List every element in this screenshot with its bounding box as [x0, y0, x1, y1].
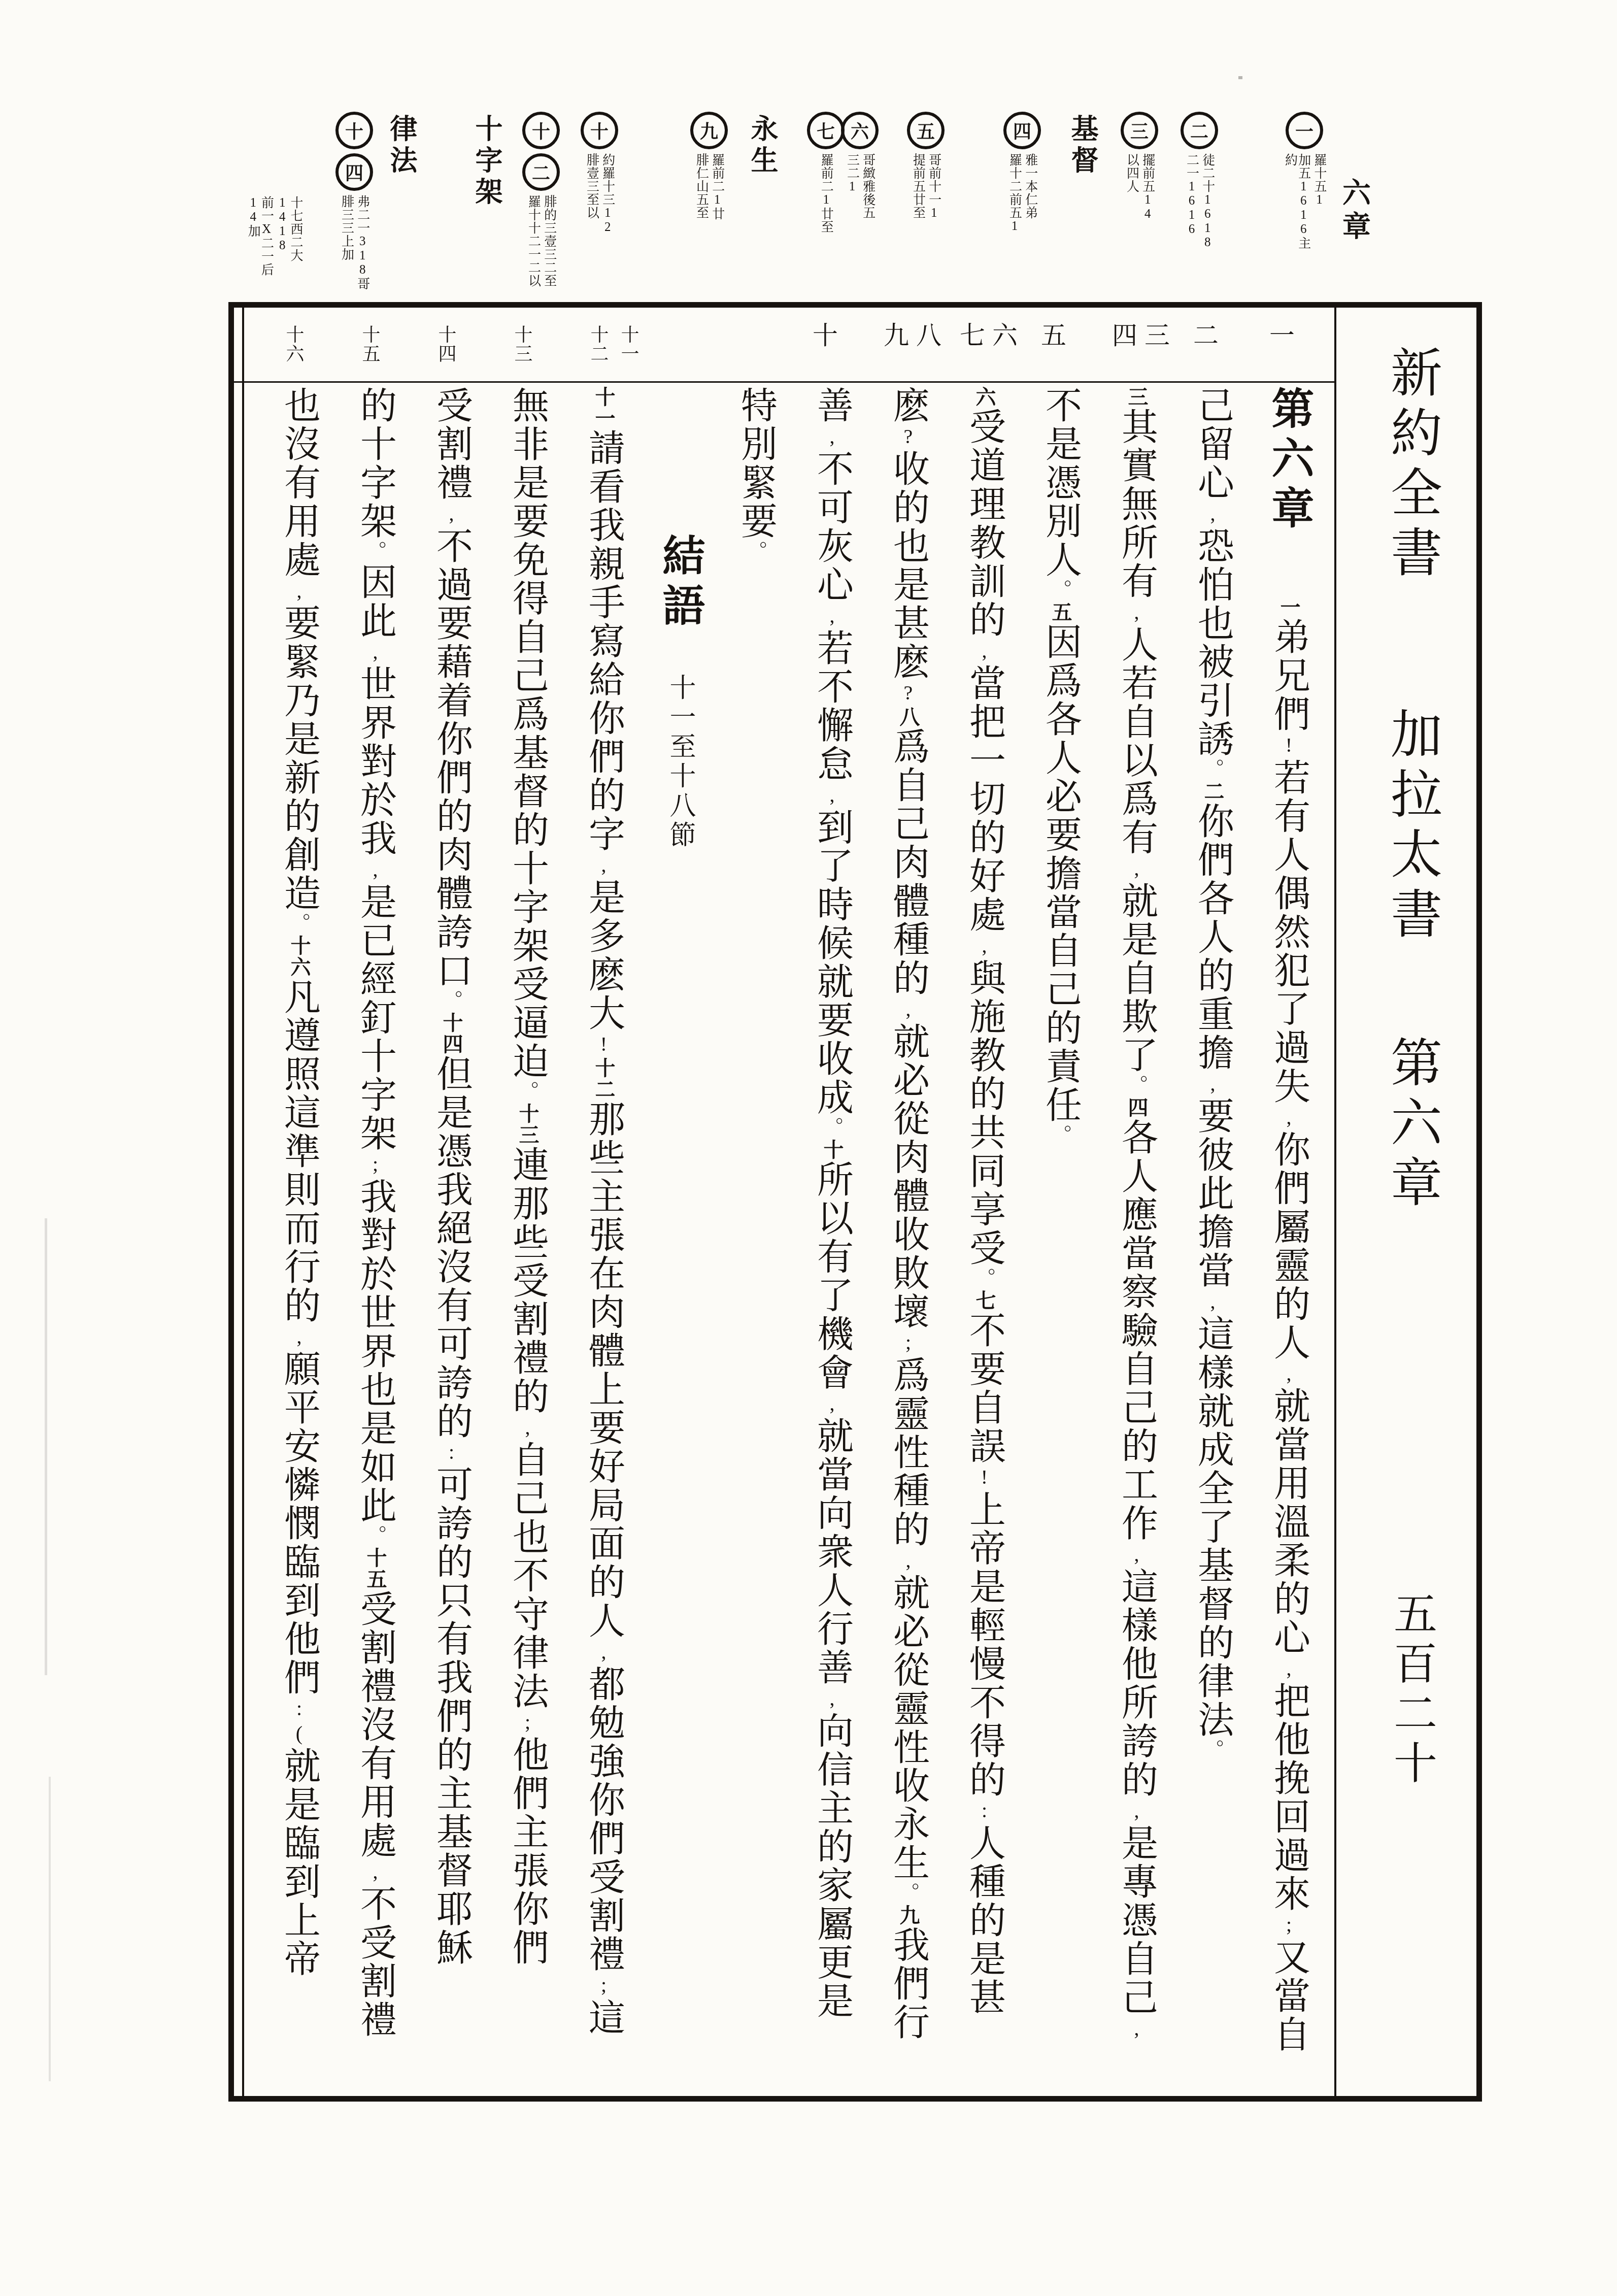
circled-number-icon: 二 — [522, 153, 560, 191]
verse-marker: 九 — [897, 1905, 920, 1926]
punctuation: , — [516, 1416, 539, 1441]
reference-column: 十七西二大1418 — [276, 196, 302, 303]
annotation-keyword-label: 基督 — [1063, 114, 1102, 177]
punctuation: , — [973, 639, 996, 664]
verse-marker: 三 — [1125, 386, 1148, 408]
punctuation: , — [364, 858, 387, 883]
punctuation: , — [973, 934, 996, 959]
verse-marker: 五 — [1049, 602, 1072, 623]
tiny-reference-columns: 羅前二1廿腓仁山五至 — [683, 153, 735, 220]
column-v3: 三其實無所有,人若自以爲有,就是自欺了。四各人應當察驗自己的工作,這樣他所誇的,… — [1098, 386, 1174, 2084]
punctuation: 。 — [364, 1525, 387, 1547]
verse-marker: 十五 — [364, 1547, 387, 1590]
punctuation: 。 — [821, 1117, 844, 1139]
text-run: 善,不可灰心,若不懈怠,到了時候就要收成。 — [812, 386, 852, 1139]
scan-artifact — [45, 1218, 47, 1675]
reference-column: 羅前二1廿至 — [819, 153, 832, 234]
punctuation: ! — [973, 1466, 996, 1490]
scan-artifact — [1238, 76, 1242, 79]
punctuation: , — [1125, 857, 1148, 882]
text-run: 其實無所有,人若自以爲有,就是自欺了。 — [1116, 408, 1157, 1097]
text-run: 也沒有用處,要緊乃是新的創造。 — [279, 386, 319, 935]
tiny-reference-columns: 雅一本仁弟羅十二前五1 — [996, 153, 1049, 234]
punctuation: 。 — [288, 913, 311, 935]
annotation-circled-number-group: 七羅前二1廿至 — [799, 112, 852, 234]
punctuation: , — [364, 640, 387, 665]
column-v11: 十一請看我親手寫給你們的字,是多麽大!十二那些主張在肉體上要好局面的人,都勉強你… — [565, 386, 642, 2084]
punctuation: , — [1201, 502, 1224, 527]
column-v4: 不是憑別人。五因爲各人必要擔當自己的責任。 — [1022, 386, 1098, 2084]
circled-number-icon: 四 — [1003, 112, 1041, 149]
annotation-circled-number-group: 三擺前五14以四人 — [1113, 112, 1166, 221]
column-v1: 第六章一弟兄們!若有人偶然犯了過失,你們屬靈的人,就當用溫柔的心,把他挽回過來;… — [1251, 386, 1327, 2084]
title-gap — [1409, 585, 1414, 707]
annotation-keyword-label: 律法 — [382, 114, 421, 177]
punctuation: 。 — [745, 541, 767, 563]
text-run: 特別緊要。 — [735, 386, 776, 563]
text-run: 的十字架。因此,世界對於我,是已經釘十字架;我對於世界也是如此。 — [355, 386, 395, 1547]
column-v6: 麽?收的也是甚麽?八爲自己肉體種的,就必從肉體收敗壞;爲靈性種的,就必從靈性收永… — [870, 386, 946, 2084]
reference-column: 腓三三上加 — [340, 195, 353, 290]
reference-column: 羅前二1廿 — [711, 153, 724, 220]
punctuation: 。 — [440, 990, 463, 1012]
punctuation: , — [821, 783, 844, 808]
verse-marker: 十四 — [440, 1012, 463, 1055]
punctuation: : — [440, 1441, 463, 1466]
column-section-heading: 結語十一至十八節 — [642, 386, 718, 2084]
circled-number-icon: 三 — [1121, 112, 1158, 149]
reference-column: 擺前五14 — [1141, 153, 1154, 221]
reference-column: 腓仁山五至 — [694, 153, 708, 220]
text-run: 連那些受割禮的,自己也不守律法;他們主張你們 — [507, 1146, 548, 1967]
punctuation: , — [592, 853, 615, 878]
reference-column: 前一X二一后14加 — [246, 196, 273, 303]
punctuation: ; — [516, 1711, 539, 1736]
tiny-reference-columns: 哥前十一1提前五廿至 — [899, 153, 952, 220]
tiny-reference-columns: 羅前二1廿至 — [799, 153, 852, 234]
reference-column: 二一1616 — [1185, 153, 1198, 250]
annotation-circled-number-group: 二徒二十1618二一1616 — [1173, 112, 1226, 250]
punctuation: , — [1125, 1799, 1148, 1824]
reference-column: 羅十十二一二以 — [526, 195, 540, 287]
column-v13: 無非是要免得自己爲基督的十字架受逼迫。十三連那些受割禮的,自己也不守律法;他們主… — [489, 386, 565, 2084]
punctuation: , — [592, 1640, 615, 1665]
annotation-keyword-label: 十字架 — [467, 114, 507, 209]
text-run: 十一至十八節 — [665, 674, 694, 850]
text-run: 我們行 — [888, 1926, 928, 2042]
punctuation: , — [1125, 2017, 1148, 2042]
punctuation: , — [1125, 601, 1148, 625]
column-gap — [677, 386, 682, 534]
tiny-reference-columns: 擺前五14以四人 — [1113, 153, 1166, 221]
text-run: 不是憑別人。 — [1040, 386, 1081, 602]
verse-marker: 十二 — [592, 1057, 615, 1100]
text-run: 受割禮,不過要藉着你們的肉體誇口。 — [431, 386, 471, 1012]
punctuation: ? — [897, 681, 920, 706]
page-number: 五百二十 — [1387, 1591, 1436, 1790]
circled-number-icon: 十 — [581, 112, 618, 149]
reference-column: 以四人 — [1125, 153, 1138, 221]
circled-number-icon: 二 — [1181, 112, 1218, 149]
text-run: 你們各人的重擔,要彼此擔當,這樣就成全了基督的律法。 — [1192, 802, 1233, 1761]
annotation-circled-number-group: 四雅一本仁弟羅十二前五1 — [996, 112, 1049, 234]
text-columns: 第六章一弟兄們!若有人偶然犯了過失,你們屬靈的人,就當用溫柔的心,把他挽回過來;… — [234, 308, 1334, 2096]
column-gap — [677, 633, 682, 674]
column-v14: 受割禮,不過要藉着你們的肉體誇口。十四但是憑我絕沒有可誇的:可誇的只有我們的主基… — [413, 386, 489, 2084]
text-run: 各人應當察驗自己的工作,這樣他所誇的,是專憑自己, — [1116, 1118, 1157, 2042]
text-run: 那些主張在肉體上要好局面的人,都勉強你們受割禮;這 — [583, 1100, 624, 2037]
verse-marker: 十三 — [516, 1103, 539, 1146]
punctuation: ; — [1277, 1913, 1300, 1938]
verse-marker: 四 — [1125, 1097, 1148, 1118]
circled-number-icon: 五 — [907, 112, 945, 149]
punctuation: , — [364, 1860, 387, 1885]
verse-marker: 一 — [1277, 596, 1300, 618]
punctuation: 。 — [897, 1882, 920, 1905]
verse-marker: 八 — [897, 706, 920, 727]
tiny-reference-columns: 徒二十1618二一1616 — [1173, 153, 1226, 250]
circled-number-icon: 四 — [335, 153, 373, 191]
column-v7: 善,不可灰心,若不懈怠,到了時候就要收成。十所以有了機會,就當向衆人行善,向信主… — [794, 386, 870, 2084]
punctuation: ; — [364, 1153, 387, 1178]
reference-column: 提前五廿至 — [911, 153, 924, 220]
reference-column: 腓壹三至以 — [585, 153, 598, 235]
reference-column: 腓的三壹三二至 — [543, 195, 556, 287]
text-run: 因爲各人必要擔當自己的責任。 — [1040, 623, 1081, 1147]
punctuation: , — [440, 502, 463, 527]
annotation-circled-number-group: 一羅十五1加五1616主約 — [1278, 112, 1331, 260]
tiny-reference-columns: 十七西二大1418前一X二一后14加 — [248, 196, 300, 303]
text-run: 麽?收的也是甚麽? — [888, 386, 928, 706]
annotation-circled-number-group: 五哥前十一1提前五廿至 — [899, 112, 952, 220]
punctuation: 。 — [1125, 1075, 1148, 1097]
punctuation: ? — [897, 425, 920, 450]
punctuation: , — [821, 425, 844, 450]
circled-number-icon: 十 — [522, 112, 560, 149]
reference-column: 加五1616主約 — [1283, 153, 1310, 260]
reference-column: 約羅十三12 — [601, 153, 614, 235]
circled-number-icon: 十 — [335, 112, 373, 149]
reference-column: 哥緻雅後五 — [861, 153, 874, 219]
punctuation: : — [288, 1697, 311, 1722]
scan-artifact — [49, 1777, 51, 2081]
punctuation: ; — [897, 1331, 920, 1356]
title-gap — [1409, 947, 1414, 1036]
verse-marker: 二 — [1201, 781, 1224, 802]
text-run: 凡遵照這準則而行的,願平安憐憫臨到他們:(就是臨到上帝 — [279, 978, 319, 1978]
title-column-divider — [1334, 308, 1336, 2096]
punctuation: 。 — [1049, 1124, 1072, 1147]
punctuation: 。 — [1201, 758, 1224, 781]
circled-number-icon: 一 — [1286, 112, 1323, 149]
text-run: 受道理教訓的,當把一切的好處,與施教的共同享受。 — [964, 408, 1004, 1290]
reference-column: 徒二十1618 — [1201, 153, 1214, 250]
chapter-title: 第六章 — [1383, 1036, 1440, 1215]
text-run: 受割禮沒有用處,不受割禮 — [355, 1590, 395, 2039]
tiny-reference-columns: 弗二一318哥腓三三上加 — [328, 195, 381, 290]
punctuation: , — [1277, 1106, 1300, 1130]
tiny-reference-columns: 約羅十三12腓壹三至以 — [573, 153, 626, 235]
punctuation: , — [897, 1549, 920, 1574]
verse-marker: 七 — [973, 1290, 996, 1311]
punctuation: : — [973, 1799, 996, 1824]
punctuation: ! — [592, 1033, 615, 1057]
annotation-keyword-label: 永生 — [743, 114, 782, 177]
punctuation: , — [821, 604, 844, 629]
title-gap — [1409, 1215, 1414, 1591]
punctuation: 。 — [1049, 579, 1072, 602]
punctuation: ! — [1277, 734, 1300, 758]
verse-marker: 十 — [821, 1139, 844, 1160]
text-run: 無非是要免得自己爲基督的十字架受逼迫。 — [507, 386, 548, 1103]
reference-column: 羅十二前五1 — [1007, 153, 1021, 234]
text-run: 不要自誤!上帝是輕慢不得的:人種的是甚 — [964, 1311, 1004, 2017]
punctuation: , — [821, 1392, 844, 1417]
tiny-reference-columns: 腓的三壹三二至羅十十二一二以 — [515, 195, 567, 287]
annotation-circled-number-group: 十四弗二一318哥腓三三上加 — [328, 112, 381, 290]
punctuation: ; — [592, 1974, 615, 1999]
tiny-reference-columns: 羅十五1加五1616主約 — [1278, 153, 1331, 260]
annotation-circled-number-group: 九羅前二1廿腓仁山五至 — [683, 112, 735, 220]
text-run: 結語 — [656, 534, 703, 633]
running-title-column: 新約全書加拉太書第六章五百二十 — [1351, 346, 1472, 2061]
circled-number-icon: 七 — [807, 112, 845, 149]
verse-marker: 六 — [973, 386, 996, 408]
column-v8: 特別緊要。 — [718, 386, 794, 2084]
text-run: 但是憑我絕沒有可誇的:可誇的只有我們的主基督耶穌 — [431, 1055, 471, 1967]
book-title: 新約全書 — [1383, 346, 1440, 585]
punctuation: 。 — [364, 541, 387, 563]
text-run: 己留心,恐怕也被引誘。 — [1192, 386, 1233, 781]
punctuation: , — [821, 1687, 844, 1712]
text-run: 請看我親手寫給你們的字,是多麽大! — [583, 429, 624, 1057]
column-v5: 六受道理教訓的,當把一切的好處,與施教的共同享受。七不要自誤!上帝是輕慢不得的:… — [946, 386, 1022, 2084]
column-v2: 己留心,恐怕也被引誘。二你們各人的重擔,要彼此擔當,這樣就成全了基督的律法。 — [1174, 386, 1251, 2084]
reference-column: 雅一本仁弟 — [1024, 153, 1037, 234]
punctuation: , — [288, 579, 311, 604]
punctuation: , — [288, 1325, 311, 1350]
chapter-corner-label: 六章 — [1334, 178, 1374, 245]
section-title: 加拉太書 — [1383, 707, 1440, 947]
annotation-circled-number-group: 十二腓的三壹三二至羅十十二一二以 — [515, 112, 567, 287]
reference-column: 弗二一318哥 — [356, 195, 369, 290]
punctuation: , — [1125, 1543, 1148, 1568]
punctuation: , — [1201, 1290, 1224, 1315]
column-gap — [1286, 536, 1291, 596]
punctuation: , — [897, 997, 920, 1022]
reference-column: 哥前十一1 — [927, 153, 940, 220]
annotation-ref-block: 十七西二大1418前一X二一后14加 — [248, 193, 300, 303]
text-run: 爲自己肉體種的,就必從肉體收敗壞;爲靈性種的,就必從靈性收永生。 — [888, 727, 928, 1905]
reference-column: 羅十五1 — [1312, 153, 1326, 260]
punctuation: ( — [288, 1722, 311, 1747]
column-v16: 也沒有用處,要緊乃是新的創造。十六凡遵照這準則而行的,願平安憐憫臨到他們:(就是… — [261, 386, 337, 2084]
punctuation: 。 — [1201, 1739, 1224, 1761]
text-run: 弟兄們!若有人偶然犯了過失,你們屬靈的人,就當用溫柔的心,把他挽回過來;又當自 — [1268, 618, 1309, 2054]
verse-marker: 十六 — [288, 935, 311, 978]
main-text-box: 一二三四五六七八九十十一十二十三十四十五十六 第六章一弟兄們!若有人偶然犯了過失… — [228, 302, 1482, 2102]
punctuation: , — [1277, 1657, 1300, 1682]
punctuation: , — [1277, 1362, 1300, 1387]
verse-marker: 十一 — [592, 386, 615, 429]
column-v15: 的十字架。因此,世界對於我,是已經釘十字架;我對於世界也是如此。十五受割禮沒有用… — [337, 386, 413, 2084]
annotation-circled-number-group: 十約羅十三12腓壹三至以 — [573, 112, 626, 235]
circled-number-icon: 九 — [690, 112, 728, 149]
scanned-bible-page: 六章 一羅十五1加五1616主約二徒二十1618二一1616三擺前五14以四人基… — [0, 0, 1617, 2296]
cross-reference-strip: 六章 一羅十五1加五1616主約二徒二十1618二一1616三擺前五14以四人基… — [0, 0, 1617, 305]
text-run: 第六章 — [1265, 386, 1312, 536]
text-run: 所以有了機會,就當向衆人行善,向信主的家屬更是 — [812, 1160, 852, 2020]
punctuation: , — [1201, 1072, 1224, 1097]
punctuation: 。 — [516, 1081, 539, 1103]
punctuation: 。 — [973, 1268, 996, 1290]
